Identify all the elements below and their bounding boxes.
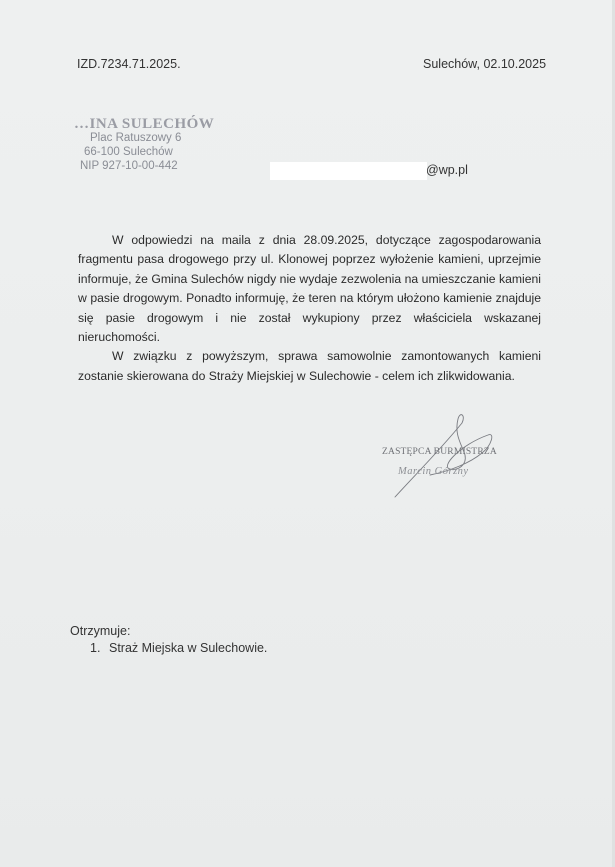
recipients-label: Otrzymuje: <box>70 624 130 638</box>
stamp-postal-code: 66-100 Sulechów <box>84 145 214 159</box>
body-paragraph-1: W odpowiedzi na maila z dnia 28.09.2025,… <box>78 231 541 347</box>
reference-number: IZD.7234.71.2025. <box>77 57 181 71</box>
signatory-name: Marcin Górzny <box>398 466 469 477</box>
signatory-title: ZASTĘPCA BURMISTRZA <box>382 447 497 457</box>
email-domain: @wp.pl <box>426 163 468 177</box>
recipients-list: 1. Straż Miejska w Sulechowie. <box>90 641 267 655</box>
redacted-email-box <box>270 162 427 180</box>
place-and-date: Sulechów, 02.10.2025 <box>423 57 546 71</box>
recipient-item-number: 1. <box>90 641 109 655</box>
stamp-institution-name: …INA SULECHÓW <box>74 117 214 131</box>
signature-block: ZASTĘPCA BURMISTRZA Marcin Górzny <box>370 405 510 500</box>
scanned-letter-page: IZD.7234.71.2025. Sulechów, 02.10.2025 …… <box>0 0 615 867</box>
sender-stamp: …INA SULECHÓW Plac Ratuszowy 6 66-100 Su… <box>72 117 214 173</box>
stamp-nip: NIP 927-10-00-442 <box>80 159 214 173</box>
letter-body: W odpowiedzi na maila z dnia 28.09.2025,… <box>78 231 541 386</box>
body-paragraph-2: W związku z powyższym, sprawa samowolnie… <box>78 347 541 386</box>
recipient-item: 1. Straż Miejska w Sulechowie. <box>90 641 267 655</box>
recipient-address: @wp.pl <box>270 162 450 180</box>
recipient-item-text: Straż Miejska w Sulechowie. <box>109 641 267 655</box>
stamp-address: Plac Ratuszowy 6 <box>90 131 214 145</box>
